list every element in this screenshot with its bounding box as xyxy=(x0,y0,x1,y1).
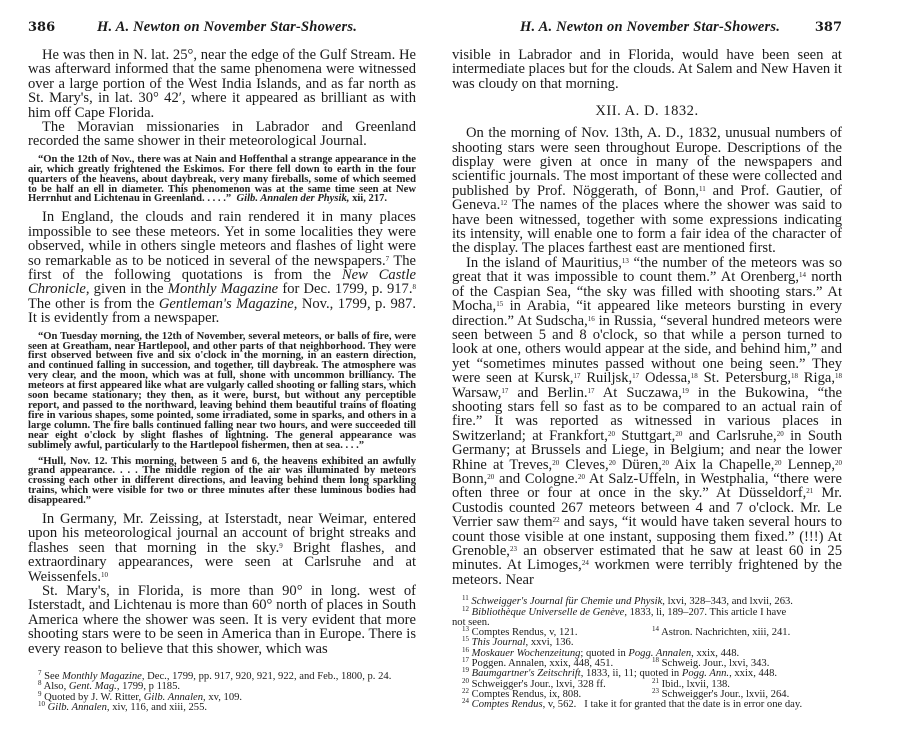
page-body: He was then in N. lat. 25°, near the edg… xyxy=(28,48,416,713)
page-number: 386 xyxy=(28,20,55,35)
running-head: H. A. Newton on November Star-Showers. 3… xyxy=(452,19,842,37)
left-page: 386 H. A. Newton on November Star-Shower… xyxy=(28,0,416,750)
page-number: 387 xyxy=(815,20,842,35)
block-quote: “Hull, Nov. 12. This morning, between 5 … xyxy=(28,457,416,507)
paragraph: He was then in N. lat. 25°, near the edg… xyxy=(28,48,416,120)
paragraph: St. Mary's, in Florida, is more than 90°… xyxy=(28,584,416,656)
running-title: H. A. Newton on November Star-Showers. xyxy=(520,19,780,36)
paragraph: visible in Labrador and in Florida, woul… xyxy=(452,48,842,91)
paragraph: The Moravian missionaries in Labrador an… xyxy=(28,120,416,149)
paragraph: In England, the clouds and rain rendered… xyxy=(28,210,416,325)
footnotes: 7 See Monthly Magazine, Dec., 1799, pp. … xyxy=(28,672,416,713)
footnote: 10 Gilb. Annalen, xiv, 116, and xiii, 25… xyxy=(28,703,416,713)
footnote: 12 Bibliothèque Universelle de Genève, 1… xyxy=(452,608,842,618)
block-quote: “On Tuesday morning, the 12th of Novembe… xyxy=(28,332,416,451)
running-head: 386 H. A. Newton on November Star-Shower… xyxy=(28,19,416,37)
right-page: H. A. Newton on November Star-Showers. 3… xyxy=(452,0,842,750)
block-quote: “On the 12th of Nov., there was at Nain … xyxy=(28,155,416,205)
footnotes: 11 Schweigger's Journal für Chemie und P… xyxy=(452,597,842,710)
paragraph: In the island of Mauritius,13 “the numbe… xyxy=(452,256,842,587)
paragraph: On the morning of Nov. 13th, A. D., 1832… xyxy=(452,126,842,256)
page-body: visible in Labrador and in Florida, woul… xyxy=(452,48,842,710)
section-heading: XII. A. D. 1832. xyxy=(452,103,842,120)
footnote: 14 Astron. Nachrichten, xiii, 241. xyxy=(652,628,790,638)
paragraph: In Germany, Mr. Zeissing, at Isterstadt,… xyxy=(28,512,416,584)
footnote: 24 Comptes Rendus, v, 562. I take it for… xyxy=(452,700,842,710)
running-title: H. A. Newton on November Star-Showers. xyxy=(97,19,357,36)
